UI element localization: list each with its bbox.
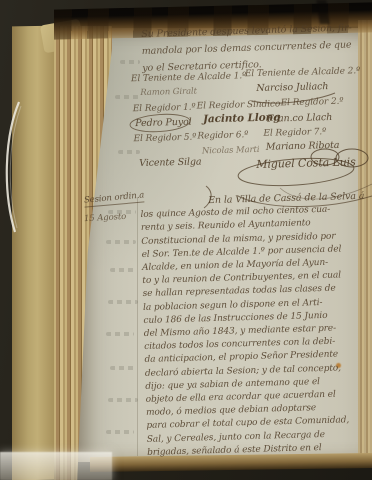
signature-title: El Regidor Sindico [197,99,281,111]
glass-strip [0,452,112,480]
signature-title: El Teniente de Alcalde 2.º [245,66,361,79]
signature-title: El Teniente de Alcalde 1.º [131,71,247,84]
signature-name: Pedro Puyol [135,117,192,129]
show-through-line [108,398,138,402]
signature-title: El Regidor 7.º [263,127,326,139]
show-through-line [106,332,134,336]
signature-name: Narciso Juliach [256,81,328,94]
signature-name: Mariano Ribota [266,140,340,153]
show-through-line [106,430,134,434]
margin-rule-line [137,198,138,456]
entry-body: En la Villa de Cassá de la Selva á los q… [140,190,372,460]
show-through-line [106,240,136,244]
final-signature: Miguel Costa Luis [256,155,356,171]
signature-title: El Regidor 1.º [133,103,196,115]
signature-title: Regidor 6.º [197,130,248,141]
signature-title: El Regidor 5.º [133,133,196,145]
show-through-line [110,366,136,370]
signature-name: Fran.co Llach [267,112,332,125]
show-through-line [110,268,136,272]
signature-name: Nicolas Marti [202,145,260,157]
signature-title: El Regidor 2.º [281,97,344,109]
signature-name: Ramon Giralt [140,87,197,98]
signature-name: Vicente Silga [139,156,202,169]
show-through-line [108,300,138,304]
manuscript-photo: Su Presidente despues levantó la Sesion,… [0,0,372,480]
